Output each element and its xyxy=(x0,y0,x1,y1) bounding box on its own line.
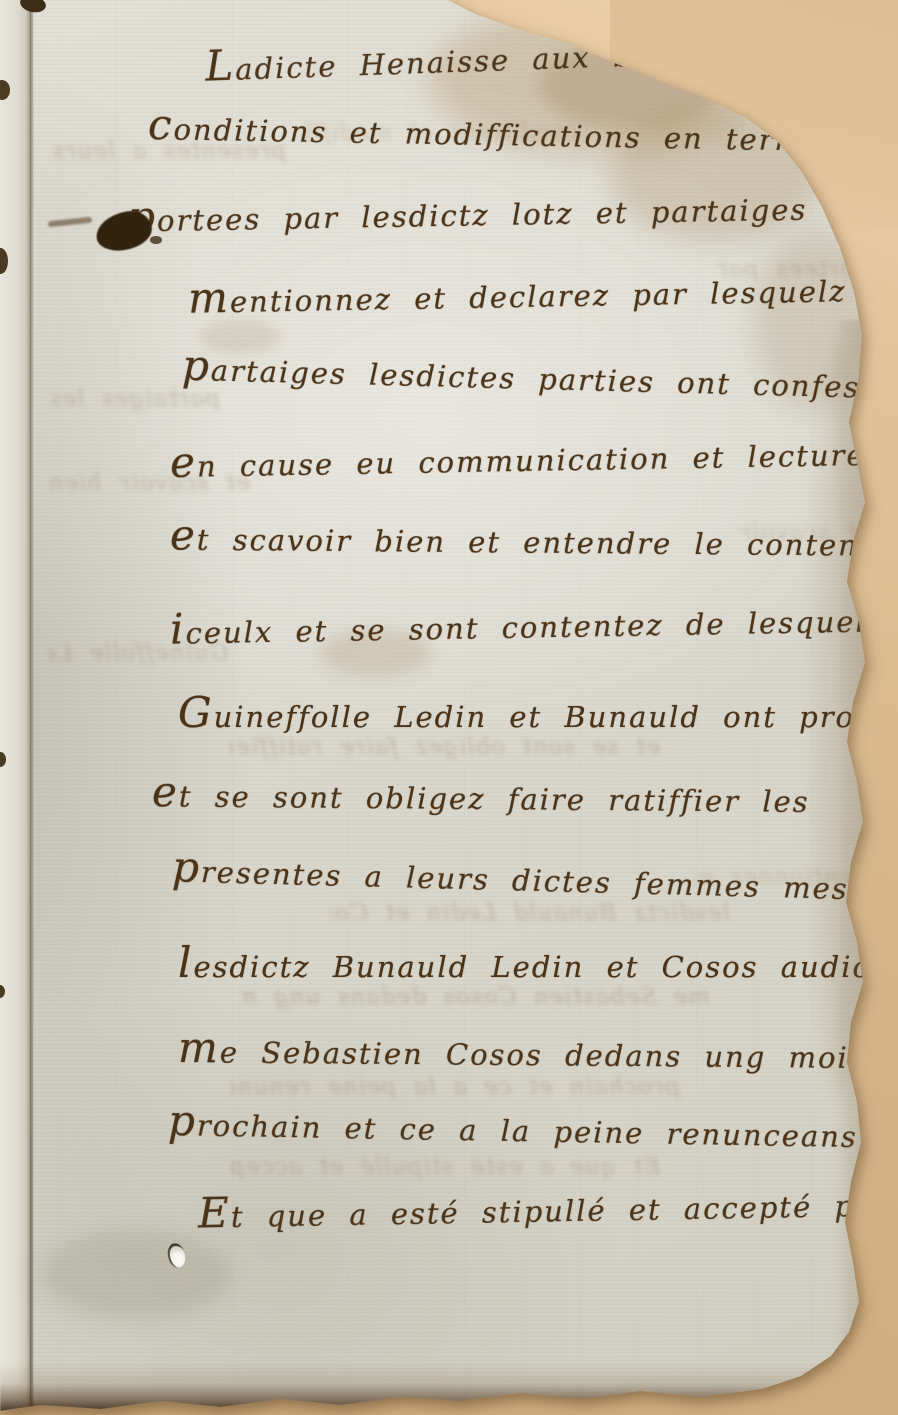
manuscript-line-4: mentionnez et declarez par lesquelz xyxy=(188,264,847,322)
manuscript-line-10: et se sont obligez faire ratiffier les xyxy=(152,769,810,821)
manuscript-line-7: et scavoir bien et entendre le contenu e… xyxy=(170,512,898,565)
right-edge-shading xyxy=(833,320,867,1350)
ink-bleedthrough: prochain et ce a la peine renunceans xyxy=(230,1076,680,1099)
ink-blot-droplet xyxy=(150,236,162,244)
manuscript-line-8: iceulx et se sont contentez de lesquels … xyxy=(170,593,898,653)
manuscript-line-11: presentes a leurs dictes femmes mesmes xyxy=(172,844,898,910)
ink-bleedthrough: et se sont obligez faire ratiffier les xyxy=(230,736,660,759)
manuscript-line-6: en cause eu communication et lecture xyxy=(170,428,866,486)
manuscript-line-13: me Sebastien Cosos dedans ung mois xyxy=(178,1025,866,1077)
manuscript-line-9: Guineffolle Ledin et Bunauld ont promis xyxy=(178,690,898,736)
ink-blot xyxy=(94,208,155,253)
manuscript-line-12: lesdictz Bunauld Ledin et Cosos audict — xyxy=(178,940,898,986)
binding-fold xyxy=(0,0,31,1415)
paper-stain xyxy=(40,1230,230,1320)
ink-bleedthrough: lesdictz Bunauld Ledin et Cosos audict — xyxy=(330,902,730,925)
ink-bleedthrough: me Sebastien Cosos dedans ung mois xyxy=(240,986,710,1009)
ink-bleedthrough: partaiges lesdictes parties ont confessé xyxy=(50,388,220,411)
ink-blot-smear xyxy=(48,217,92,228)
manuscript-line-14: prochain et ce a la peine renunceans xyxy=(168,1098,859,1156)
fold-crease-line xyxy=(30,0,33,1415)
ink-bleedthrough: Et que a esté stipullé et accepté par — xyxy=(230,1156,660,1179)
paper-shadow-wrapper: presentes a leurs dictes femmes mesmes c… xyxy=(0,0,898,1415)
manuscript-page: presentes a leurs dictes femmes mesmes c… xyxy=(0,0,898,1415)
bottom-deckled-edge xyxy=(0,1362,898,1414)
manuscript-photograph: presentes a leurs dictes femmes mesmes c… xyxy=(0,0,898,1415)
manuscript-line-15: Et que a esté stipullé et accepté par — xyxy=(198,1178,898,1237)
